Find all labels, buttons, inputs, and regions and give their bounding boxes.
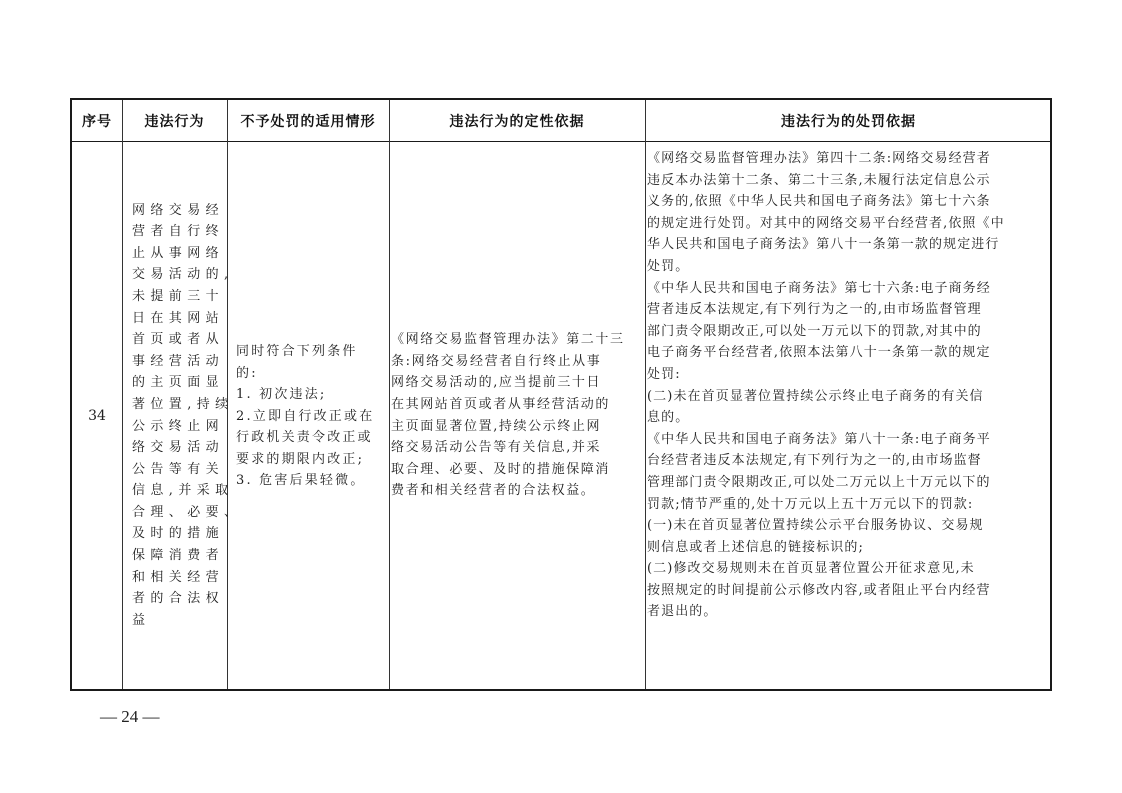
text-line: 管理部门责令限期改正,可以处二万元以上十万元以下的 — [647, 472, 1005, 494]
text-line: 事经营活动 — [132, 351, 242, 373]
violation-text: 网络交易经营者自行终止从事网络交易活动的,未提前三十日在其网站首页或者从事经营活… — [132, 200, 242, 632]
header-exemption: 不予处罚的适用情形 — [227, 100, 389, 142]
header-penalty-basis: 违法行为的处罚依据 — [645, 100, 1052, 142]
text-line: 首页或者从 — [132, 329, 242, 351]
text-line: 《网络交易监督管理办法》第四十二条:网络交易经营者 — [647, 148, 1005, 170]
text-line: 者退出的。 — [647, 601, 1005, 623]
text-line: 义务的,依照《中华人民共和国电子商务法》第七十六条 — [647, 191, 1005, 213]
seq-number: 34 — [88, 408, 106, 424]
cell-violation: 网络交易经营者自行终止从事网络交易活动的,未提前三十日在其网站首页或者从事经营活… — [122, 142, 227, 689]
text-line: 取合理、必要、及时的措施保障消 — [391, 459, 625, 481]
text-line: 著位置,持续 — [132, 394, 242, 416]
text-line: 2.立即自行改正或在 — [236, 406, 374, 428]
text-line: 部门责令限期改正,可以处一万元以下的罚款,对其中的 — [647, 321, 1005, 343]
cell-seq: 34 — [72, 142, 122, 689]
text-line: 络交易活动公告等有关信息,并采 — [391, 437, 625, 459]
text-line: 营者自行终 — [132, 221, 242, 243]
text-line: 止从事网络 — [132, 243, 242, 265]
text-line: 《中华人民共和国电子商务法》第八十一条:电子商务平 — [647, 429, 1005, 451]
text-line: 络交易活动 — [132, 437, 242, 459]
penalty-text: 《网络交易监督管理办法》第四十二条:网络交易经营者违反本办法第十二条、第二十三条… — [647, 148, 1005, 623]
text-line: 信息,并采取 — [132, 480, 242, 502]
text-line: 合理、必要、 — [132, 502, 242, 524]
text-line: 未提前三十 — [132, 286, 242, 308]
cell-exemption: 同时符合下列条件的:1. 初次违法;2.立即自行改正或在行政机关责令改正或要求的… — [227, 142, 389, 689]
exemption-text: 同时符合下列条件的:1. 初次违法;2.立即自行改正或在行政机关责令改正或要求的… — [236, 341, 374, 492]
text-line: 及时的措施 — [132, 523, 242, 545]
header-violation: 违法行为 — [122, 100, 227, 142]
text-line: 按照规定的时间提前公示修改内容,或者阻止平台内经营 — [647, 580, 1005, 602]
text-line: 网络交易经 — [132, 200, 242, 222]
text-line: (二)修改交易规则未在首页显著位置公开征求意见,未 — [647, 558, 1005, 580]
cell-qualification-basis: 《网络交易监督管理办法》第二十三条:网络交易经营者自行终止从事网络交易活动的,应… — [389, 142, 645, 689]
text-line: 条:网络交易经营者自行终止从事 — [391, 351, 625, 373]
text-line: 处罚: — [647, 364, 1005, 386]
text-line: 3. 危害后果轻微。 — [236, 470, 374, 492]
text-line: 《中华人民共和国电子商务法》第七十六条:电子商务经 — [647, 278, 1005, 300]
text-line: 交易活动的, — [132, 264, 242, 286]
regulation-table: 序号 违法行为 不予处罚的适用情形 违法行为的定性依据 违法行为的处罚依据 34… — [70, 98, 1052, 691]
text-line: (一)未在首页显著位置持续公示平台服务协议、交易规 — [647, 515, 1005, 537]
text-line: 的主页面显 — [132, 372, 242, 394]
text-line: 息的。 — [647, 407, 1005, 429]
header-seq: 序号 — [72, 100, 122, 142]
text-line: 台经营者违反本法规定,有下列行为之一的,由市场监督 — [647, 450, 1005, 472]
text-line: 保障消费者 — [132, 545, 242, 567]
text-line: 要求的期限内改正; — [236, 449, 374, 471]
text-line: 营者违反本法规定,有下列行为之一的,由市场监督管理 — [647, 299, 1005, 321]
text-line: 同时符合下列条件 — [236, 341, 374, 363]
text-line: 的: — [236, 363, 374, 385]
text-line: 费者和相关经营者的合法权益。 — [391, 480, 625, 502]
text-line: 罚款;情节严重的,处十万元以上五十万元以下的罚款: — [647, 494, 1005, 516]
text-line: 主页面显著位置,持续公示终止网 — [391, 416, 625, 438]
text-line: (二)未在首页显著位置持续公示终止电子商务的有关信 — [647, 386, 1005, 408]
cell-penalty-basis: 《网络交易监督管理办法》第四十二条:网络交易经营者违反本办法第十二条、第二十三条… — [645, 142, 1052, 689]
text-line: 公告等有关 — [132, 459, 242, 481]
page-number: — 24 — — [100, 707, 160, 727]
text-line: 和相关经营 — [132, 567, 242, 589]
text-line: 日在其网站 — [132, 308, 242, 330]
text-line: 处罚。 — [647, 256, 1005, 278]
text-line: 《网络交易监督管理办法》第二十三 — [391, 329, 625, 351]
text-line: 网络交易活动的,应当提前三十日 — [391, 372, 625, 394]
text-line: 行政机关责令改正或 — [236, 427, 374, 449]
text-line: 华人民共和国电子商务法》第八十一条第一款的规定进行 — [647, 234, 1005, 256]
text-line: 违反本办法第十二条、第二十三条,未履行法定信息公示 — [647, 170, 1005, 192]
text-line: 益 — [132, 610, 242, 632]
text-line: 者的合法权 — [132, 588, 242, 610]
text-line: 公示终止网 — [132, 416, 242, 438]
text-line: 1. 初次违法; — [236, 384, 374, 406]
header-qualification-basis: 违法行为的定性依据 — [389, 100, 645, 142]
qualification-text: 《网络交易监督管理办法》第二十三条:网络交易经营者自行终止从事网络交易活动的,应… — [391, 329, 625, 502]
text-line: 则信息或者上述信息的链接标识的; — [647, 537, 1005, 559]
text-line: 的规定进行处罚。对其中的网络交易平台经营者,依照《中 — [647, 213, 1005, 235]
text-line: 在其网站首页或者从事经营活动的 — [391, 394, 625, 416]
text-line: 电子商务平台经营者,依照本法第八十一条第一款的规定 — [647, 342, 1005, 364]
